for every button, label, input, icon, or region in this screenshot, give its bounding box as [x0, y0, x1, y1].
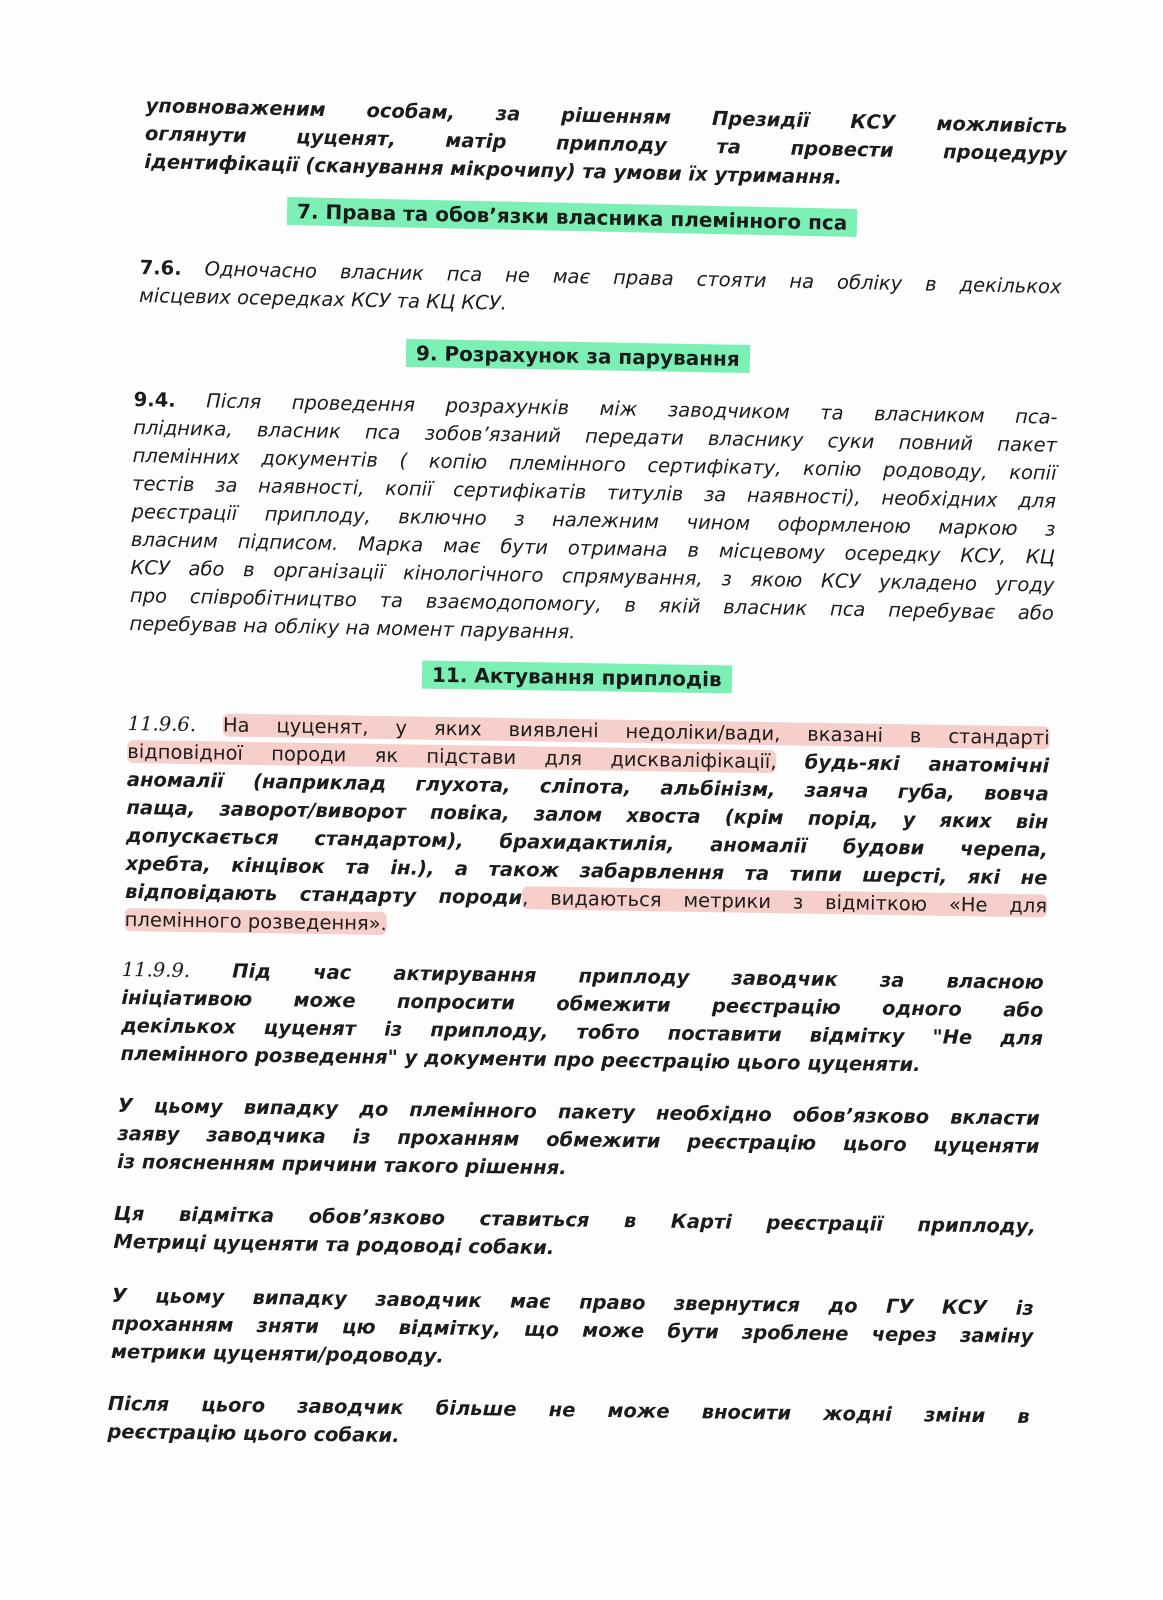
scanned-document-page: уповноваженим особам, за рішенням Презид…: [0, 0, 1163, 1600]
highlighted-text: племінного розведення».: [125, 908, 387, 935]
clause-number: 11.9.6.: [128, 712, 197, 736]
clause-9-4: 9.4. Після проведення розрахунків між за…: [129, 386, 1058, 656]
clause-number: 11.9.9.: [122, 958, 191, 982]
clause-7-6: 7.6. Одночасно власник пса не має права …: [139, 254, 1062, 329]
paragraph-mark: Ця відмітка обов’язково ставиться в Карт…: [113, 1200, 1036, 1269]
paragraph-application: У цьому випадку до племінного пакету нео…: [117, 1092, 1040, 1189]
intro-paragraph: уповноваженим особам, за рішенням Презид…: [144, 92, 1068, 197]
section-11-heading: 11. Актування приплодів: [422, 661, 732, 694]
highlighted-text: , видаються метрики з відміткою «Не для: [522, 886, 1047, 917]
clause-number: 9.4.: [134, 388, 176, 412]
section-9-heading: 9. Розрахунок за парування: [406, 339, 750, 373]
clause-11-9-9: 11.9.9. Під час актирування приплоду зав…: [120, 956, 1043, 1081]
clause-11-9-6: 11.9.6. На цуценят, у яких виявлені недо…: [124, 710, 1049, 948]
text-line: відповідають стандарту породи: [125, 880, 522, 909]
clause-number: 7.6.: [139, 256, 181, 280]
paragraph-final: Після цього заводчик більше не може внос…: [107, 1390, 1030, 1459]
section-7-heading: 7. Права та обов’язки власника племінног…: [287, 197, 858, 237]
paragraph-remove-mark: У цьому випадку заводчик має право зверн…: [111, 1282, 1034, 1379]
text-line: будь-які анатомічні: [805, 751, 1050, 778]
